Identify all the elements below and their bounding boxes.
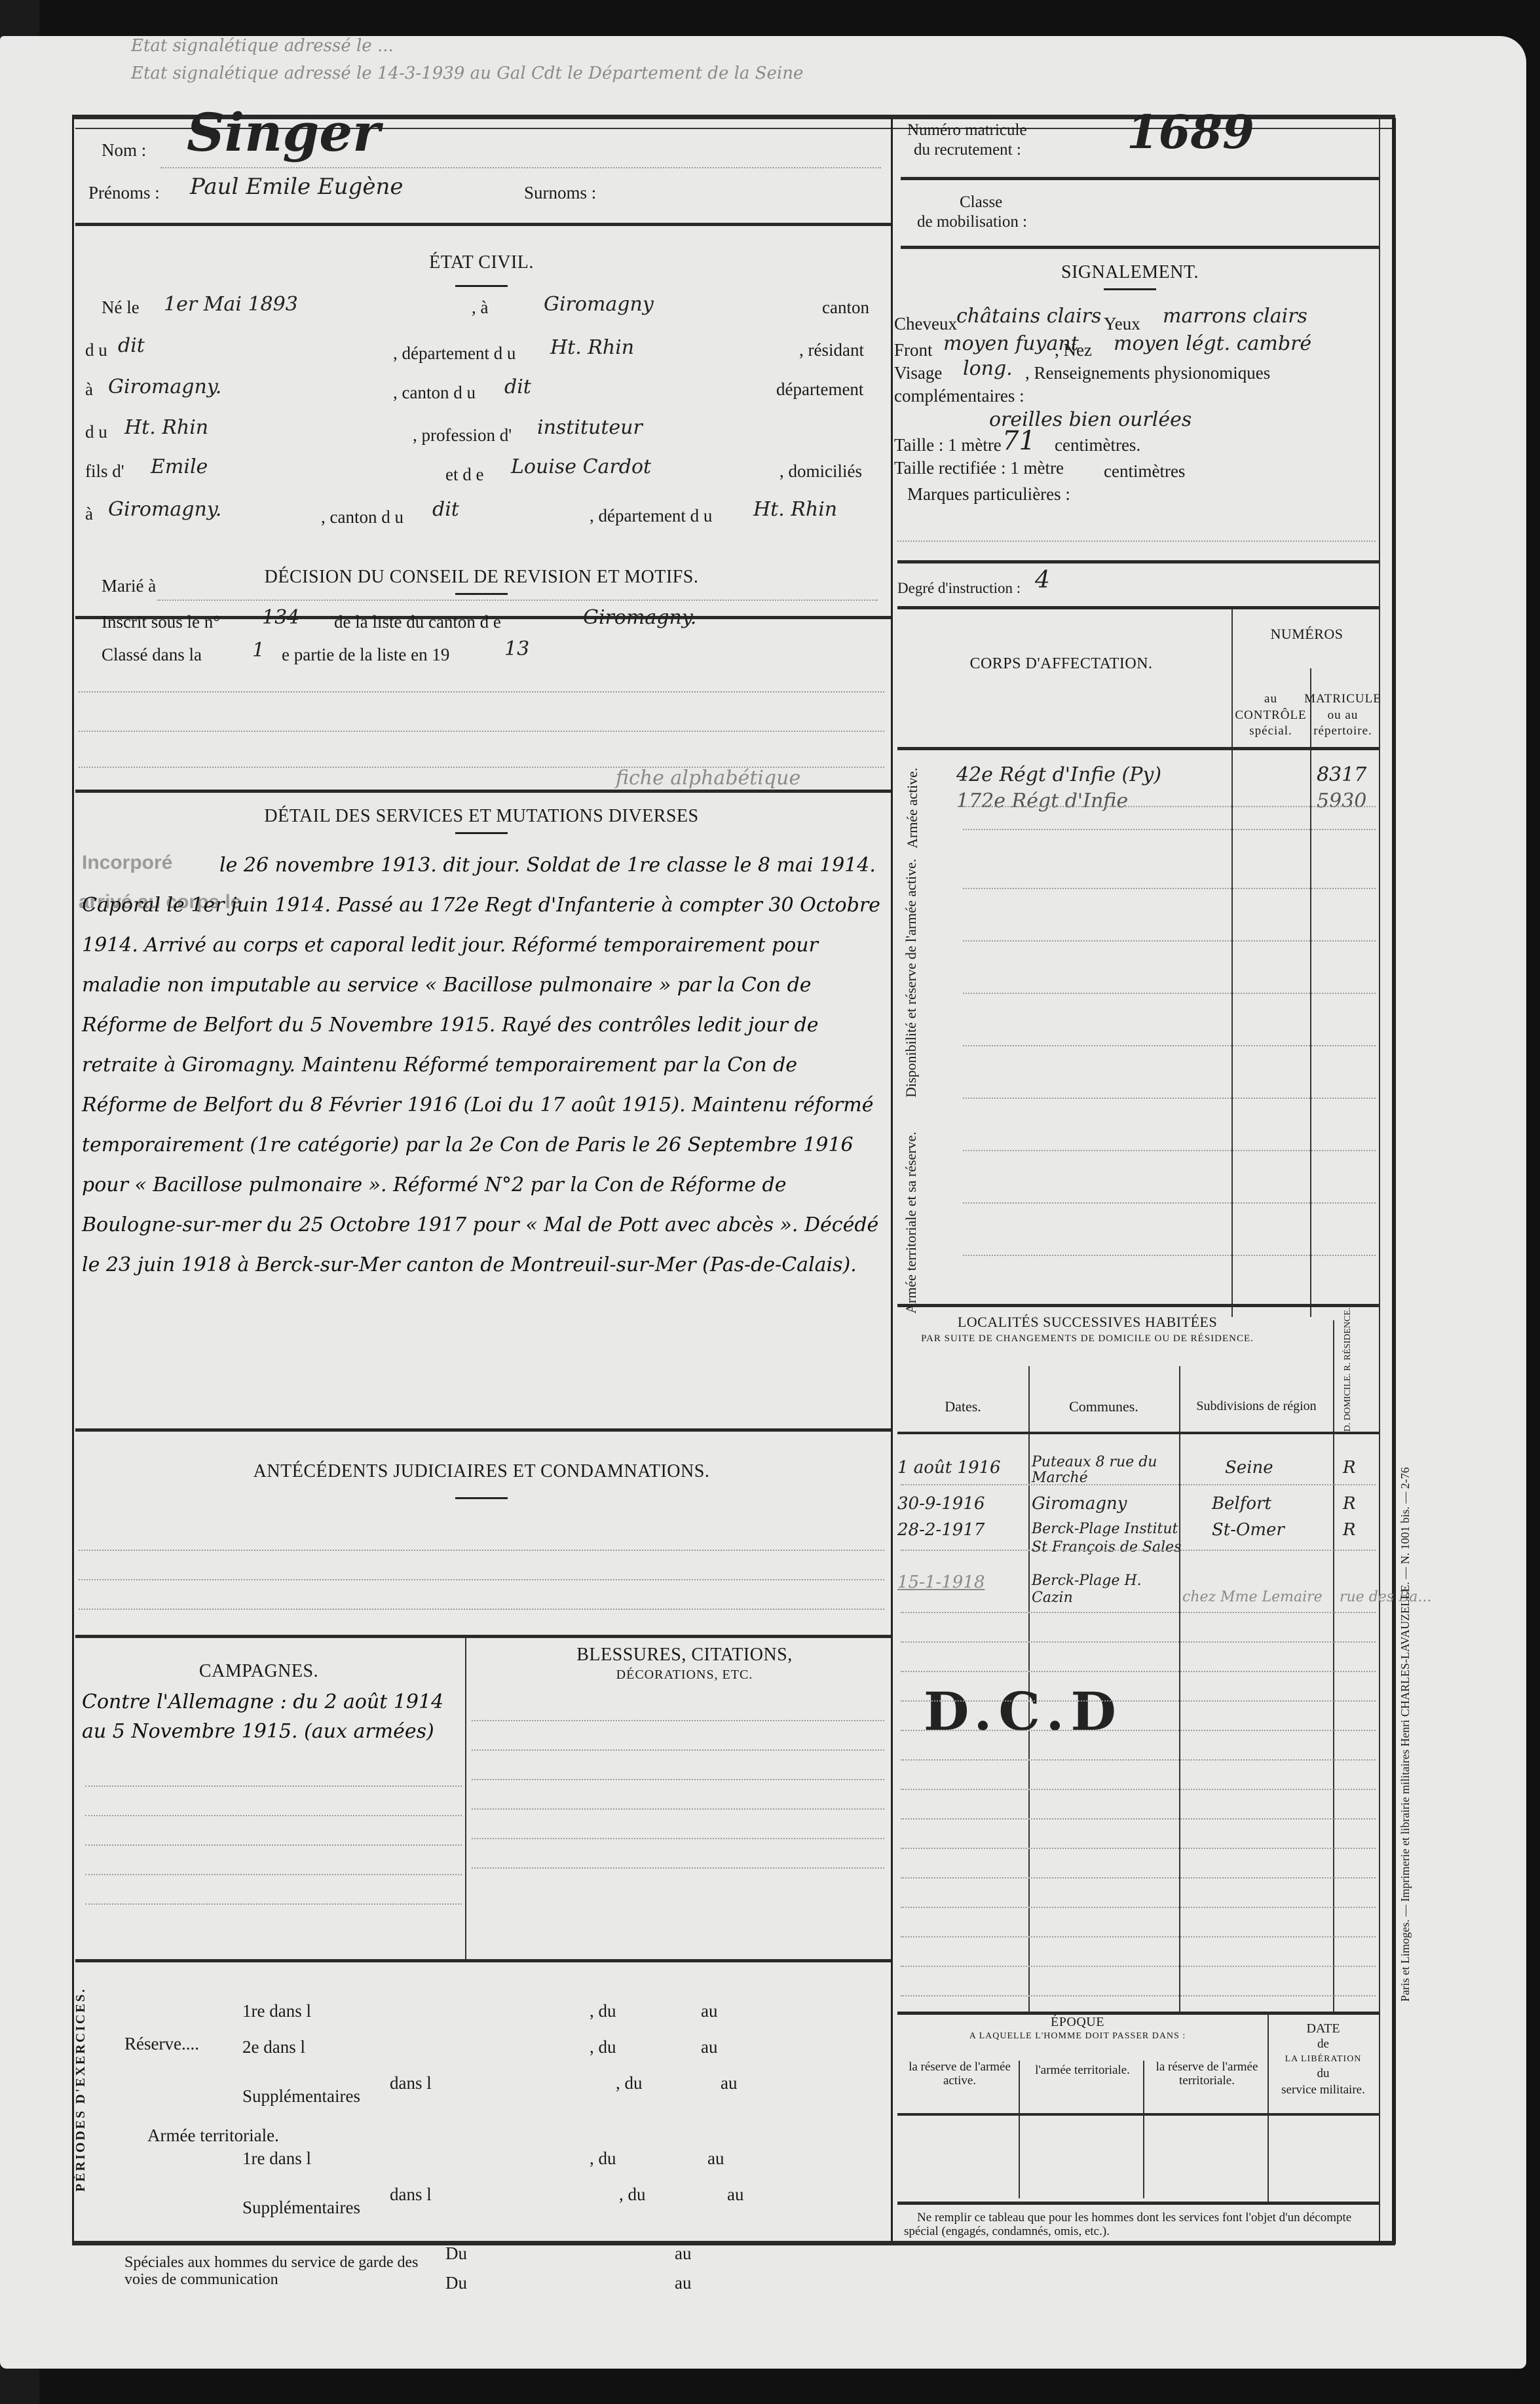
classe-dans-value: 1 <box>252 639 265 662</box>
services-rule <box>75 1428 891 1432</box>
localites-subtitle: PAR SUITE DE CHANGEMENTS DE DOMICILE OU … <box>921 1333 1254 1345</box>
a-label: , à <box>472 298 488 318</box>
yeux-value: marrons clairs <box>1163 305 1307 328</box>
localites-line-4 <box>901 1641 1376 1643</box>
epoque-col-4-line4: du <box>1317 2067 1330 2081</box>
localites-line-16 <box>901 1995 1376 1996</box>
degre-instruction-value: 4 <box>1035 567 1050 594</box>
localites-col-communes: Communes. <box>1069 1399 1138 1415</box>
ne-le-value: 1er Mai 1893 <box>164 293 298 316</box>
section-armee-active: Armée active. <box>904 768 921 849</box>
matricule-rule <box>901 177 1379 180</box>
decision-line-2 <box>79 731 884 732</box>
col-matricule-header: MATRICULE ou au répertoire. <box>1304 691 1381 740</box>
departement3-label: , département d u <box>590 506 712 526</box>
epoque-divider-3 <box>1268 2012 1269 2202</box>
campagnes-text: Contre l'Allemagne : du 2 août 1914 au 5… <box>82 1687 462 1746</box>
localites-line-10 <box>901 1818 1376 1820</box>
departement2-label: département <box>776 380 863 400</box>
classe-dans-label: Classé dans la <box>102 645 202 665</box>
epoque-col-1: la réserve de l'armée active. <box>904 2061 1015 2088</box>
services-text: le 26 novembre 1913. dit jour. Soldat de… <box>82 845 884 1285</box>
right-border-inner <box>1379 118 1380 2241</box>
inscrit-label: Inscrit sous le n° <box>102 613 220 632</box>
corps-row-1-matricule: 8317 <box>1317 763 1366 786</box>
du2-label: d u <box>85 423 107 442</box>
canton3-label: , canton d u <box>321 508 404 527</box>
header-annotation-2: Etat signalétique adressé le 14-3-1939 a… <box>131 64 803 83</box>
periode-row-2-label: 2e dans l <box>242 2038 305 2057</box>
periodes-side-label: PÉRIODES D'EXERCICES. <box>73 1987 88 2192</box>
blessures-line-6 <box>472 1867 884 1869</box>
canton-label: canton <box>822 298 869 318</box>
localites-line-8 <box>901 1759 1376 1761</box>
periode-row-5-au: au <box>727 2185 743 2205</box>
campagnes-title: CAMPAGNES. <box>199 1661 318 1682</box>
liste-label: de la liste du canton d e <box>334 613 501 632</box>
marie-line <box>157 600 878 601</box>
localites-divider-2 <box>1179 1366 1180 2015</box>
periode-row-4-du: , du <box>590 2149 616 2169</box>
a2-label: à <box>85 380 93 400</box>
centimetres2-label: centimètres <box>1104 462 1185 482</box>
column-divider <box>891 118 893 2241</box>
du2-value: Ht. Rhin <box>124 416 208 439</box>
periode-row-4-au: au <box>707 2149 724 2169</box>
classe-label-2: de mobilisation : <box>917 213 1027 231</box>
campagnes-divider <box>465 1638 466 1962</box>
departement-label: , département d u <box>393 344 516 364</box>
epoque-col-4-line2: de <box>1317 2038 1329 2051</box>
localites-line-2 <box>901 1550 1376 1551</box>
col-matricule-2: ou au <box>1304 708 1381 724</box>
localites-title: LOCALITÉS SUCCESSIVES HABITÉES <box>958 1314 1217 1331</box>
epoque-note: Ne remplir ce tableau que pour les homme… <box>904 2211 1376 2239</box>
periode-row-7-label: Du <box>445 2274 467 2293</box>
ne-le-label: Né le <box>102 298 140 318</box>
marques-label: Marques particulières : <box>907 485 1070 505</box>
centimetres-label: centimètres. <box>1055 436 1140 455</box>
blessures-line-4 <box>472 1808 884 1810</box>
decision-line-3 <box>79 767 884 768</box>
corps-line-5 <box>963 993 1376 994</box>
localites-header-rule <box>897 1432 1379 1434</box>
periode-row-5-du: , du <box>619 2185 646 2205</box>
col-matricule-1: MATRICULE <box>1304 691 1381 708</box>
a-value: Giromagny <box>544 293 654 316</box>
campagnes-line-5 <box>85 1903 462 1905</box>
localites-line-9 <box>901 1789 1376 1790</box>
bottom-rule <box>72 2241 1395 2245</box>
decision-canton-value: Giromagny. <box>583 606 696 629</box>
section-territoriale: Armée territoriale et sa réserve. <box>903 1132 920 1314</box>
decision-title: DÉCISION DU CONSEIL DE REVISION ET MOTIF… <box>265 567 699 588</box>
marie-label: Marié à <box>102 577 156 596</box>
localite-1-date: 1 août 1916 <box>897 1458 1001 1478</box>
left-border <box>72 118 74 2244</box>
periode-row-1-label: 1re dans l <box>242 2002 311 2021</box>
col-matricule-3: répertoire. <box>1304 723 1381 740</box>
taille-value: 71 <box>1002 426 1036 456</box>
decision-line-1 <box>79 691 884 693</box>
etat-civil-title: ÉTAT CIVIL. <box>429 252 534 273</box>
antecedents-line-1 <box>79 1550 884 1551</box>
antecedents-line-3 <box>79 1609 884 1610</box>
localite-3-dr: R <box>1343 1520 1356 1540</box>
printer-imprint: Paris et Limoges. — Imprimerie et librai… <box>1399 1467 1412 2002</box>
epoque-rule <box>897 2202 1379 2205</box>
localite-2-subdivision: Belfort <box>1212 1494 1271 1514</box>
renseignements-label: , Renseignements physionomiques <box>1025 364 1270 383</box>
surnoms-label: Surnoms : <box>524 183 596 203</box>
pere-value: Emile <box>151 455 208 478</box>
corps-rule <box>897 1304 1379 1307</box>
localites-line-6 <box>901 1700 1376 1702</box>
col-controle-header: au CONTRÔLE spécial. <box>1235 691 1306 740</box>
departement-value: Ht. Rhin <box>550 336 634 359</box>
profession-value: instituteur <box>537 416 643 439</box>
periode-row-3-du: , du <box>616 2074 643 2093</box>
etat-civil-dash <box>455 285 508 287</box>
col-controle-3: spécial. <box>1235 723 1306 740</box>
matricule-value: 1689 <box>1127 105 1254 159</box>
profession-label: , profession d' <box>413 426 512 446</box>
canton3-value: dit <box>432 498 459 521</box>
matricule-label-1: Numéro matricule <box>907 121 1027 140</box>
fils-label: fils d' <box>85 462 124 482</box>
mere-value: Louise Cardot <box>511 455 651 478</box>
localite-3-date: 28-2-1917 <box>897 1520 985 1540</box>
annee-value: 13 <box>504 638 529 660</box>
periode-row-4-label: 1re dans l <box>242 2149 311 2169</box>
epoque-col-4-title: DATE <box>1306 2021 1340 2036</box>
localite-2-commune: Giromagny <box>1032 1494 1127 1514</box>
corps-header-rule <box>897 747 1379 750</box>
degre-rule <box>897 606 1379 609</box>
complementaires-label: complémentaires : <box>894 387 1024 406</box>
inscrit-value: 134 <box>262 606 299 629</box>
epoque-subtitle: A LAQUELLE L'HOMME DOIT PASSER DANS : <box>969 2031 1186 2042</box>
visage-label: Visage <box>894 364 942 383</box>
nom-label: Nom : <box>102 141 146 161</box>
periode-row-6-au: au <box>675 2244 691 2264</box>
signalement-rule <box>897 560 1379 563</box>
blessures-line-5 <box>472 1838 884 1839</box>
localite-3-subdivision: St-Omer <box>1212 1520 1285 1540</box>
periode-row-5-sub: dans l <box>390 2185 432 2205</box>
localites-divider-3 <box>1333 1320 1334 2015</box>
periode-row-2-du: , du <box>590 2038 616 2057</box>
epoque-divider-2 <box>1143 2061 1144 2198</box>
nez-value: moyen légt. cambré <box>1114 332 1311 355</box>
localites-line-14 <box>901 1936 1376 1937</box>
domicile-value: Giromagny. <box>108 498 221 521</box>
antecedents-line-2 <box>79 1579 884 1580</box>
services-dash <box>455 832 508 834</box>
localite-4-date: 15-1-1918 <box>897 1573 985 1592</box>
corps-line-6 <box>963 1045 1376 1046</box>
domicilies-label: , domiciliés <box>779 462 862 482</box>
blessures-line-3 <box>472 1779 884 1780</box>
periode-row-3-sub: dans l <box>390 2074 432 2093</box>
blessures-subtitle: DÉCORATIONS, ETC. <box>616 1668 753 1683</box>
speciales-label: Spéciales aux hommes du service de garde… <box>124 2254 432 2289</box>
localite-3-commune: Berck-Plage Institut St François de Sale… <box>1032 1520 1189 1557</box>
col-controle-2: CONTRÔLE <box>1235 708 1306 724</box>
campagnes-line-4 <box>85 1874 462 1875</box>
periode-row-2-au: au <box>701 2038 717 2057</box>
localite-1-commune: Puteaux 8 rue du Marché <box>1032 1455 1176 1486</box>
register-page: Etat signalétique adressé le ... Etat si… <box>0 36 1526 2369</box>
residant-label: , résidant <box>799 341 864 360</box>
marques-line <box>897 541 1376 542</box>
epoque-divider-1 <box>1019 2061 1020 2198</box>
localite-2-dr: R <box>1343 1494 1356 1514</box>
corps-line-2 <box>963 829 1376 830</box>
epoque-col-4-line3: LA LIBÉRATION <box>1285 2054 1362 2064</box>
localites-line-1 <box>901 1484 1376 1485</box>
localites-line-5 <box>901 1671 1376 1672</box>
periode-row-3-au: au <box>721 2074 737 2093</box>
header-annotation-1: Etat signalétique adressé le ... <box>131 36 394 56</box>
taille-label: Taille : 1 mètre <box>894 436 1002 455</box>
localites-line-15 <box>901 1966 1376 1967</box>
periode-row-1-du: , du <box>590 2002 616 2021</box>
services-title: DÉTAIL DES SERVICES ET MUTATIONS DIVERSE… <box>264 806 698 827</box>
fiche-note: fiche alphabétique <box>616 767 800 790</box>
epoque-header-rule <box>897 2113 1379 2116</box>
periode-row-7-au: au <box>675 2274 691 2293</box>
corps-line-9 <box>963 1202 1376 1204</box>
localites-rule <box>897 2012 1379 2015</box>
localite-4-dr: rue des Ba... <box>1340 1589 1431 1605</box>
armee-territoriale-label: Armée territoriale. <box>147 2126 279 2146</box>
nom-value: Singer <box>187 102 380 163</box>
visage-value: long. <box>963 357 1013 380</box>
yeux-label: Yeux <box>1104 315 1140 334</box>
degre-instruction-label: Degré d'instruction : <box>897 580 1021 596</box>
periode-row-3-label: Supplémentaires <box>242 2087 360 2107</box>
epoque-col-3: la réserve de l'armée territoriale. <box>1150 2061 1264 2088</box>
decision-dash <box>455 593 508 595</box>
antecedents-rule <box>75 1635 891 1638</box>
localites-line-7 <box>901 1730 1376 1731</box>
blessures-line-1 <box>472 1720 884 1721</box>
localite-1-subdivision: Seine <box>1225 1458 1273 1478</box>
matricule-label-2: du recrutement : <box>914 141 1021 159</box>
localite-4-subdivision: chez Mme Lemaire <box>1182 1589 1323 1605</box>
epoque-title: ÉPOQUE <box>1051 2015 1104 2030</box>
epoque-col-4-line5: service militaire. <box>1281 2084 1365 2097</box>
right-border <box>1392 118 1396 2244</box>
dcd-stamp: D.C.D <box>924 1681 1123 1742</box>
classe-rule <box>901 246 1379 249</box>
du1-value: dit <box>118 334 145 357</box>
corps-line-7 <box>963 1097 1376 1099</box>
periode-row-5-label: Supplémentaires <box>242 2198 360 2218</box>
nom-line <box>160 167 881 168</box>
localites-line-3 <box>901 1612 1376 1613</box>
localite-1-dr: R <box>1343 1458 1356 1478</box>
periode-row-1-au: au <box>701 2002 717 2021</box>
cheveux-value: châtains clairs <box>956 305 1101 328</box>
localites-line-11 <box>901 1848 1376 1849</box>
localites-line-12 <box>901 1877 1376 1879</box>
classe-label-1: Classe <box>960 193 1002 212</box>
periode-row-6-label: Du <box>445 2244 467 2264</box>
a3-label: à <box>85 505 93 524</box>
localites-col-subdivisions: Subdivisions de région <box>1196 1399 1316 1413</box>
residant-value: Giromagny. <box>108 375 221 398</box>
corps-title: CORPS D'AFFECTATION. <box>969 655 1152 673</box>
prenoms-label: Prénoms : <box>88 183 160 203</box>
decision-rule <box>75 790 891 793</box>
front-label: Front <box>894 341 933 360</box>
campagnes-rule <box>75 1959 891 1962</box>
corps-line-8 <box>963 1150 1376 1151</box>
blessures-title: BLESSURES, CITATIONS, <box>576 1645 793 1666</box>
taille-rectifiee-label: Taille rectifiée : 1 mètre <box>894 459 1064 478</box>
campagnes-line-2 <box>85 1815 462 1816</box>
corps-divider-1 <box>1231 609 1233 1317</box>
canton2-label: , canton d u <box>393 383 476 403</box>
numeros-title: NUMÉROS <box>1270 626 1343 643</box>
nez-label: , Nez <box>1055 341 1092 360</box>
antecedents-title: ANTÉCÉDENTS JUDICIAIRES ET CONDAMNATIONS… <box>254 1461 710 1482</box>
antecedents-dash <box>455 1497 508 1499</box>
corps-line-1 <box>963 806 1376 807</box>
reserve-label: Réserve.... <box>124 2034 199 2054</box>
localites-line-13 <box>901 1907 1376 1908</box>
partie-label: e partie de la liste en 19 <box>282 645 449 665</box>
corps-row-2-matricule: 5930 <box>1317 790 1366 812</box>
signalement-dash <box>1104 288 1156 290</box>
campagnes-line-1 <box>85 1785 462 1787</box>
epoque-col-2: l'armée territoriale. <box>1025 2064 1140 2078</box>
campagnes-line-3 <box>85 1844 462 1846</box>
canton2-value: dit <box>504 375 531 398</box>
mere-label: et d e <box>445 465 483 485</box>
localite-4-commune: Berck-Plage H. Cazin <box>1032 1573 1176 1607</box>
localites-col-dates: Dates. <box>945 1399 981 1415</box>
departement3-value: Ht. Rhin <box>753 498 837 521</box>
section-disponibilite: Disponibilité et réserve de l'armée acti… <box>903 859 920 1097</box>
corps-line-10 <box>963 1255 1376 1256</box>
cheveux-label: Cheveux <box>894 315 957 334</box>
prenoms-value: Paul Emile Eugène <box>190 174 404 200</box>
signalement-title: SIGNALEMENT. <box>1061 262 1199 283</box>
corps-row-1: 42e Régt d'Infie (Py) <box>956 763 1161 786</box>
identity-rule <box>75 223 891 226</box>
du1-label: d u <box>85 341 107 360</box>
corps-line-4 <box>963 940 1376 942</box>
corps-row-2: 172e Régt d'Infie <box>956 790 1128 812</box>
col-controle-1: au <box>1235 691 1306 708</box>
localite-2-date: 30-9-1916 <box>897 1494 985 1514</box>
blessures-line-2 <box>472 1749 884 1751</box>
corps-line-3 <box>963 888 1376 889</box>
